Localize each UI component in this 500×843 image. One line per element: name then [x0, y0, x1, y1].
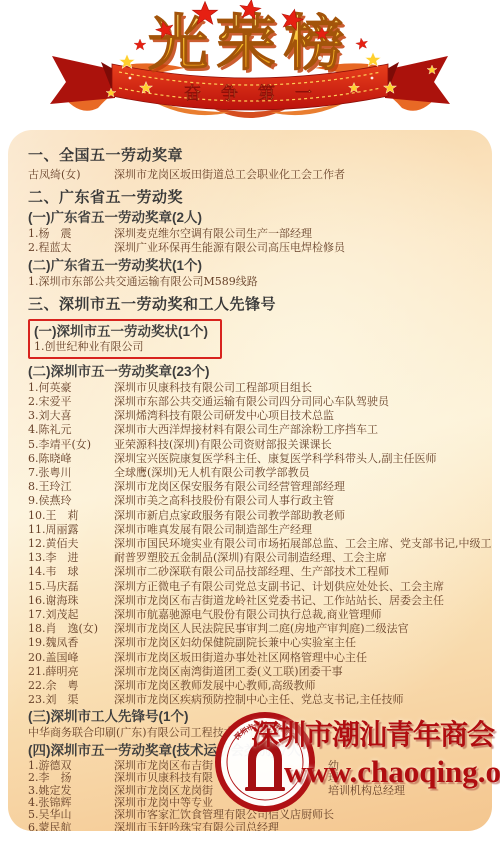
- awardee-name: 2.程蓝太: [28, 241, 114, 255]
- award-row: 22.余 粤深圳市龙岗区教师发展中心教师,高级教师: [28, 679, 472, 693]
- award-row: 23.刘 渠深圳市龙岗区疾病预防控制中心主任、党总支书记,主任技师: [28, 693, 472, 707]
- awardee-title: 深圳市航嘉驰源电气股份有限公司执行总裁,商业管理师: [114, 608, 382, 621]
- glory-list-page: 光荣榜 光荣榜 奋争第一: [0, 0, 500, 843]
- awardee-title: 深圳市龙岗区坂田街道办事处社区网格管理中心主任: [114, 651, 367, 664]
- award-row: 5.李靖平(女)亚荣源科技(深圳)有限公司资财部报关课课长: [28, 438, 472, 452]
- awardee-name: 23.刘 渠: [28, 693, 114, 707]
- award-row: 17.刘茂起深圳市航嘉驰源电气股份有限公司执行总裁,商业管理师: [28, 608, 472, 622]
- awardee-title: 深圳市龙岗中等专业: [114, 796, 213, 809]
- section-heading: 三、深圳市五一劳动奖和工人先锋号: [28, 295, 472, 314]
- awardee-name: 6.蒙民航: [28, 822, 114, 831]
- award-row: 4.陈礼元深圳市大西洋焊接材料有限公司生产部涂粉工序挡车工: [28, 423, 472, 437]
- header-banner: 光荣榜 光荣榜 奋争第一: [0, 0, 500, 132]
- award-row: 10.王 莉深圳市新启点家政服务有限公司教学部助教老师: [28, 509, 472, 523]
- awardee-title: 深圳市大西洋焊接材料有限公司生产部涂粉工序挡车工: [114, 423, 378, 436]
- awardee-name: 15.马庆磊: [28, 580, 114, 594]
- award-row: 1.杨 震深圳麦克维尔空调有限公司生产一部经理: [28, 227, 472, 241]
- awardee-name: 10.王 莉: [28, 509, 114, 523]
- award-row: 6.蒙民航深圳市玉轩吟珠宝有限公司总经理: [28, 822, 472, 831]
- award-row: 14.韦 球深圳市二砂深联有限公司品技部经理、生产部技术工程师: [28, 565, 472, 579]
- awardee-name: 12.黄佰夫: [28, 537, 114, 551]
- awardee-title: 深圳广业环保再生能源有限公司高压电焊检修员: [114, 241, 345, 254]
- awardee-title: 深圳市二砂深联有限公司品技部经理、生产部技术工程师: [114, 565, 389, 578]
- ribbon-slogan: 奋争第一: [184, 83, 332, 103]
- section-heading: (一)广东省五一劳动奖章(2人): [28, 210, 472, 226]
- awardee-title: 深圳市国民环境实业有限公司市场拓展部总监、工会主席、党支部书记,中级工程师: [114, 537, 492, 550]
- awardee-name: 古凤绮(女): [28, 168, 114, 182]
- awardee-title: 深圳市龙岗区布吉街道龙岭社区党委书记、工作站站长、居委会主任: [114, 594, 444, 607]
- awardee-title: 全球鹰(深圳)无人机有限公司教学部教员: [114, 466, 310, 479]
- awardee-title: 深圳市美之高科技股份有限公司人事行政主管: [114, 494, 334, 507]
- award-row: 8.王玲江深圳市龙岗区保安服务有限公司经营管理部经理: [28, 480, 472, 494]
- award-row: 6.陈晓峰深圳宝兴医院康复医学科主任、康复医学科学科带头人,副主任医师: [28, 452, 472, 466]
- award-row: 16.谢海珠深圳市龙岗区布吉街道龙岭社区党委书记、工作站站长、居委会主任: [28, 594, 472, 608]
- awardee-title: 深圳市玉轩吟珠宝有限公司总经理: [114, 821, 279, 831]
- award-row: 15.马庆磊深圳方正微电子有限公司党总支副书记、计划供应处处长、工会主席: [28, 580, 472, 594]
- awardee-name: 5.李靖平(女): [28, 438, 114, 452]
- award-row: 9.侯燕玲深圳市美之高科技股份有限公司人事行政主管: [28, 494, 472, 508]
- awardee-title: 深圳市龙岗区妇幼保健院副院长兼中心实验室主任: [114, 636, 356, 649]
- awardee-title: 亚荣源科技(深圳)有限公司资财部报关课课长: [114, 438, 332, 451]
- awardee-name: 9.侯燕玲: [28, 494, 114, 508]
- highlighted-award-box: (一)深圳市五一劳动奖状(1个)1.创世纪种业有限公司: [28, 319, 222, 359]
- awardee-name: 5.吴华山: [28, 809, 114, 821]
- awardee-title: 深圳市龙岗区疾病预防控制中心主任、党总支书记,主任技师: [114, 693, 404, 706]
- awardee-name: 1.杨 震: [28, 227, 114, 241]
- award-row: 19.魏凤香深圳市龙岗区妇幼保健院副院长兼中心实验室主任: [28, 636, 472, 650]
- highlighted-winner: 1.创世纪种业有限公司: [34, 340, 208, 354]
- award-row: 3.刘大喜深圳烯湾科技有限公司研发中心项目技术总监: [28, 409, 472, 423]
- awardee-title: 耐普罗塑胶五金制品(深圳)有限公司制造经理、工会主席: [114, 551, 387, 564]
- award-row: 18.肖 逸(女)深圳市龙岗区人民法院民事审判二庭(房地产审判庭)二级法官: [28, 622, 472, 636]
- watermark-org-name: 深圳市潮汕青年商会: [251, 719, 494, 753]
- awardee-name: 22.余 粤: [28, 679, 114, 693]
- award-row: 1.何英豪深圳市贝康科技有限公司工程部项目组长: [28, 381, 472, 395]
- awardee-name: 7.张粤川: [28, 466, 114, 480]
- section-heading: (二)深圳市五一劳动奖章(23个): [28, 364, 472, 380]
- awardee-name: 11.周丽露: [28, 523, 114, 537]
- awardee-title: 深圳市东部公共交通运输有限公司四分司同心车队驾驶员: [114, 395, 389, 408]
- banner-artwork: 光荣榜 光荣榜 奋争第一: [0, 0, 500, 132]
- awardee-title: 深圳市贝康科技有限公司工程部项目组长: [114, 381, 312, 394]
- awardee-name: 20.盖国峰: [28, 651, 114, 665]
- awardee-title: 深圳市龙岗区龙岗街: [114, 784, 213, 797]
- awardee-name: 18.肖 逸(女): [28, 622, 114, 636]
- awardee-name: 1.何英豪: [28, 381, 114, 395]
- highlighted-heading: (一)深圳市五一劳动奖状(1个): [34, 323, 208, 340]
- awardee-title: 深圳方正微电子有限公司党总支副书记、计划供应处处长、工会主席: [114, 580, 444, 593]
- award-row: 12.黄佰夫深圳市国民环境实业有限公司市场拓展部总监、工会主席、党支部书记,中级…: [28, 537, 472, 551]
- award-line: 1.深圳市东部公共交通运输有限公司M589线路: [28, 275, 472, 289]
- award-row: 13.李 进耐普罗塑胶五金制品(深圳)有限公司制造经理、工会主席: [28, 551, 472, 565]
- awardee-title: 深圳市龙岗区教师发展中心教师,高级教师: [114, 679, 316, 692]
- awardee-title: 深圳烯湾科技有限公司研发中心项目技术总监: [114, 409, 334, 422]
- awardee-title: 深圳宝兴医院康复医学科主任、康复医学科学科带头人,副主任医师: [114, 452, 437, 465]
- awardee-name: 2.李 扬: [28, 772, 114, 784]
- awardee-name: 4.陈礼元: [28, 423, 114, 437]
- awardee-name: 3.刘大喜: [28, 409, 114, 423]
- awardee-name: 16.谢海珠: [28, 594, 114, 608]
- award-row: 21.薛明亮深圳市龙岗区南湾街道团工委(义工联)团委干事: [28, 665, 472, 679]
- award-row: 11.周丽露深圳市唯真发展有限公司制造部生产经理: [28, 523, 472, 537]
- awardee-name: 19.魏凤香: [28, 636, 114, 650]
- award-row: 7.张粤川全球鹰(深圳)无人机有限公司教学部教员: [28, 466, 472, 480]
- glory-title: 光荣榜: [148, 10, 352, 77]
- awardee-name: 21.薛明亮: [28, 665, 114, 679]
- awardee-title: 深圳市龙岗区布吉街: [114, 759, 213, 772]
- awardee-name: 14.韦 球: [28, 565, 114, 579]
- awardee-name: 17.刘茂起: [28, 608, 114, 622]
- awardee-title: 深圳市贝康科技有限: [114, 771, 213, 784]
- section-heading: 一、全国五一劳动奖章: [28, 146, 472, 165]
- awardee-title: 深圳市龙岗区坂田街道总工会职业化工会工作者: [114, 168, 345, 181]
- award-row: 20.盖国峰深圳市龙岗区坂田街道办事处社区网格管理中心主任: [28, 651, 472, 665]
- awardee-title: 深圳市新启点家政服务有限公司教学部助教老师: [114, 509, 345, 522]
- section-heading: 二、广东省五一劳动奖: [28, 188, 472, 207]
- section-heading: (二)广东省五一劳动奖状(1个): [28, 258, 472, 274]
- award-row: 2.程蓝太深圳广业环保再生能源有限公司高压电焊检修员: [28, 241, 472, 255]
- awardee-title: 深圳麦克维尔空调有限公司生产一部经理: [114, 227, 312, 240]
- awardee-name: 2.宋爱平: [28, 395, 114, 409]
- awardee-name: 6.陈晓峰: [28, 452, 114, 466]
- awardee-title: 深圳市龙岗区人民法院民事审判二庭(房地产审判庭)二级法官: [114, 622, 409, 635]
- awardee-name: 13.李 进: [28, 551, 114, 565]
- awardee-title: 深圳市龙岗区南湾街道团工委(义工联)团委干事: [114, 665, 343, 678]
- awardee-title: 深圳市龙岗区保安服务有限公司经营管理部经理: [114, 480, 345, 493]
- award-row: 古凤绮(女)深圳市龙岗区坂田街道总工会职业化工会工作者: [28, 168, 472, 182]
- award-row: 2.宋爱平深圳市东部公共交通运输有限公司四分司同心车队驾驶员: [28, 395, 472, 409]
- awardee-name: 8.王玲江: [28, 480, 114, 494]
- awardee-title: 深圳市唯真发展有限公司制造部生产经理: [114, 523, 312, 536]
- watermark-url: www.chaoqing.org: [284, 754, 500, 790]
